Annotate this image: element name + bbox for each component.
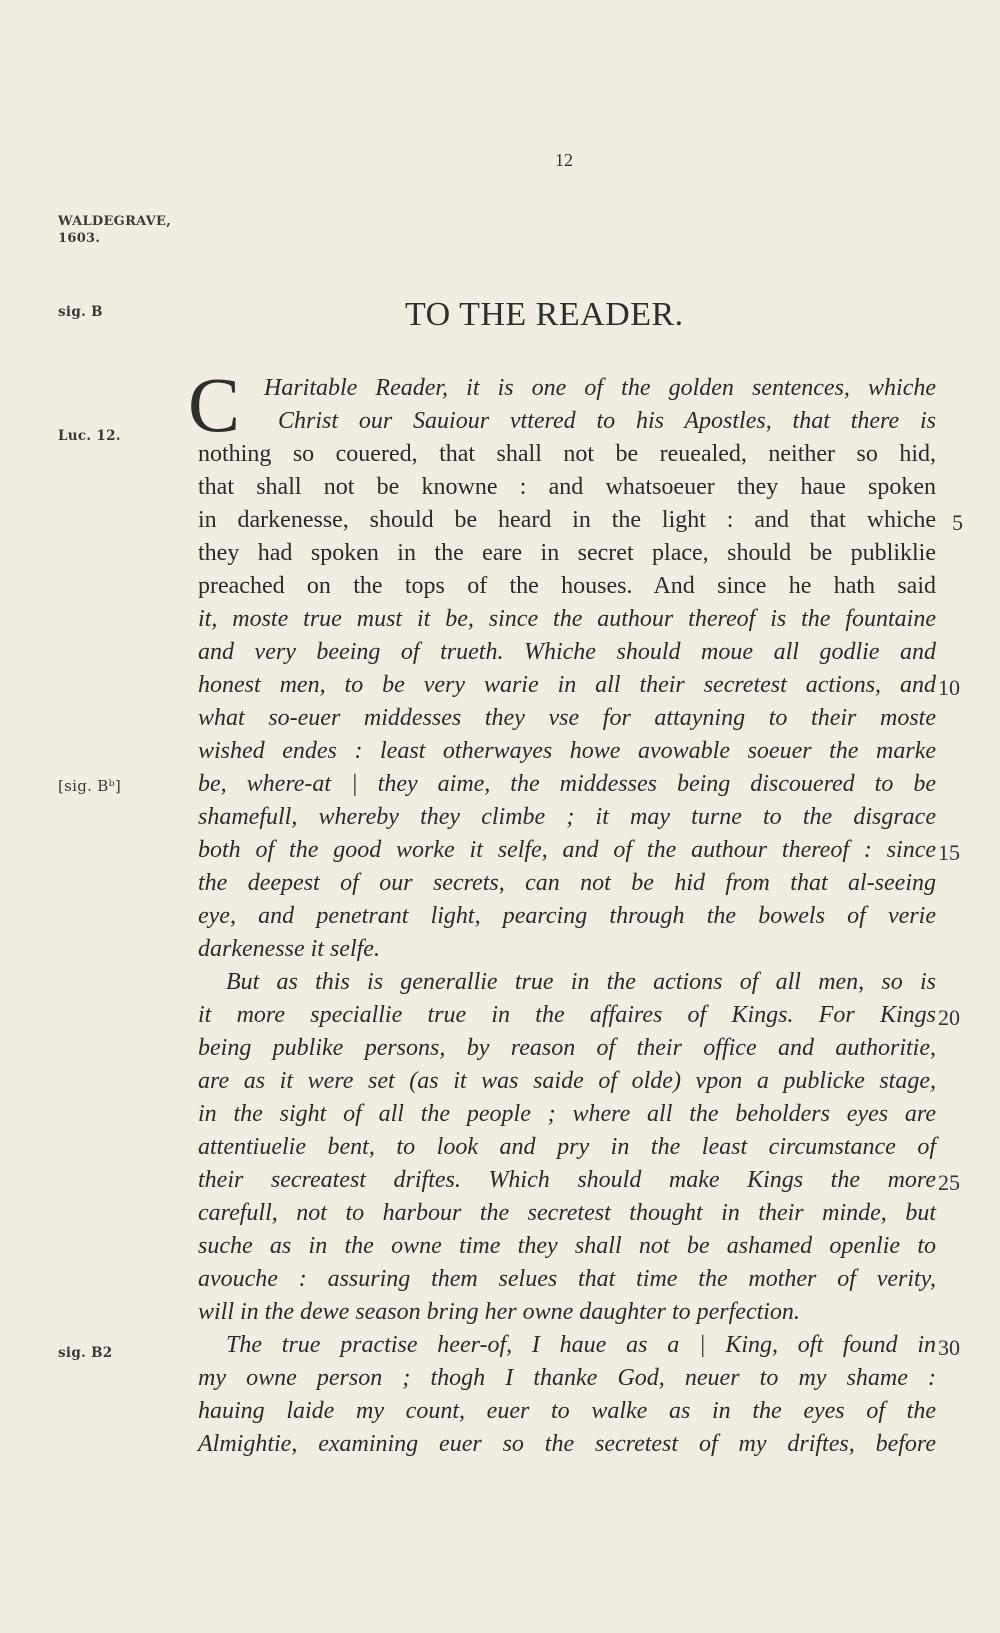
text-line: will in the dewe season bring her owne d… [198, 1296, 936, 1329]
text-line: Almightie, examining euer so the secrete… [198, 1428, 936, 1461]
text-line: are as it were set (as it was saide of o… [198, 1065, 936, 1098]
line-number: 20 [938, 1005, 960, 1031]
text-line: my owne person ; thogh I thanke God, neu… [198, 1362, 936, 1395]
line-number: 10 [938, 675, 960, 701]
running-head: WALDEGRAVE, 1603. [58, 213, 171, 247]
text-line: that shall not be knowne : and whatsoeue… [198, 471, 936, 504]
text-line: both of the good worke it selfe, and of … [198, 834, 936, 867]
line-number: 5 [952, 510, 963, 536]
text-line: and very beeing of trueth. Whiche should… [198, 636, 936, 669]
text-line: being publike persons, by reason of thei… [198, 1032, 936, 1065]
text-line: their secreatest driftes. Which should m… [198, 1164, 936, 1197]
text-line: wished endes : least otherwayes howe avo… [198, 735, 936, 768]
text-line: in darkenesse, should be heard in the li… [198, 504, 936, 537]
chapter-heading: TO THE READER. [405, 296, 684, 334]
line-number: 30 [938, 1335, 960, 1361]
text-line: they had spoken in the eare in secret pl… [198, 537, 936, 570]
text-line: darkenesse it selfe. [198, 933, 936, 966]
text-line: hauing laide my count, euer to walke as … [198, 1395, 936, 1428]
text-line: avouche : assuring them selues that time… [198, 1263, 936, 1296]
text-line: eye, and penetrant light, pearcing throu… [198, 900, 936, 933]
text-line: Christ our Sauiour vttered to his Apostl… [198, 405, 936, 438]
text-line: carefull, not to harbour the secretest t… [198, 1197, 936, 1230]
line-number: 15 [938, 840, 960, 866]
line-number: 25 [938, 1170, 960, 1196]
margin-note: sig. B2 [58, 1345, 112, 1361]
text-line: shamefull, whereby they climbe ; it may … [198, 801, 936, 834]
margin-note: [sig. Bᵇ] [58, 777, 121, 795]
text-line: in the sight of all the people ; where a… [198, 1098, 936, 1131]
text-line: honest men, to be very warie in all thei… [198, 669, 936, 702]
text-line: The true practise heer-of, I haue as a |… [198, 1329, 936, 1362]
text-line: attentiuelie bent, to look and pry in th… [198, 1131, 936, 1164]
body-text: Haritable Reader, it is one of the golde… [198, 372, 936, 1461]
margin-note: sig. B [58, 304, 103, 320]
text-line: suche as in the owne time they shall not… [198, 1230, 936, 1263]
running-head-year: 1603. [58, 230, 171, 247]
text-line: it, moste true must it be, since the aut… [198, 603, 936, 636]
text-line: Haritable Reader, it is one of the golde… [198, 372, 936, 405]
text-line: what so-euer middesses they vse for atta… [198, 702, 936, 735]
text-line: be, where-at | they aime, the middesses … [198, 768, 936, 801]
text-line: nothing so couered, that shall not be re… [198, 438, 936, 471]
text-line: the deepest of our secrets, can not be h… [198, 867, 936, 900]
text-line: preached on the tops of the houses. And … [198, 570, 936, 603]
margin-note: Luc. 12. [58, 428, 121, 444]
text-line: But as this is generallie true in the ac… [198, 966, 936, 999]
text-line: it more speciallie true in the affaires … [198, 999, 936, 1032]
page-number: 12 [555, 150, 573, 171]
running-head-printer: WALDEGRAVE, [58, 213, 171, 230]
